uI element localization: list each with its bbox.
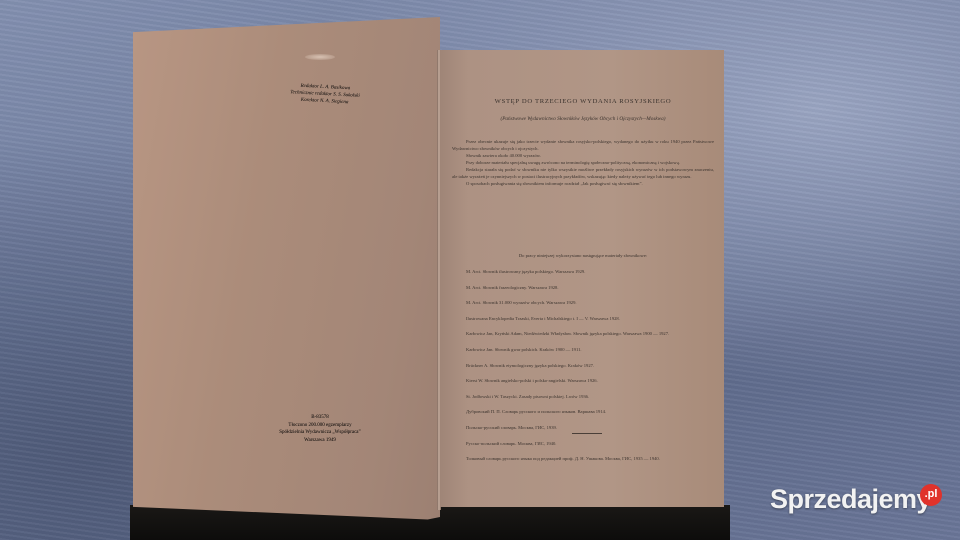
source-item: M. Arct. Słownik 31.000 wyrazów obcych. … — [452, 299, 714, 306]
intro-paragraph: Przez obecnie ukazuje się jako trzecie w… — [452, 138, 714, 152]
printing-imprint: B-83578 Tłoczono 200.000 egzemplarzy Spó… — [250, 414, 390, 444]
source-item: Karłowicz Jan. Słownik gwar polskich. Kr… — [452, 346, 714, 353]
closing-rule — [572, 433, 602, 434]
source-item: Польско-русский словарь. Москва, ГИС, 19… — [452, 424, 714, 431]
intro-paragraph: Redakcja starała się podać w słowniku ni… — [452, 166, 714, 180]
source-item: Толковый словарь русского языка под реда… — [452, 455, 714, 462]
watermark-logo: Sprzedajemy — [770, 484, 931, 515]
right-page: WSTĘP DO TRZECIEGO WYDANIA ROSYJSKIEGO (… — [440, 50, 724, 507]
source-item: Karłowicz Jan, Kryński Adam, Niedźwiedzk… — [452, 330, 714, 337]
imprint-line: Spółdzielnia Wydawnicza „Współpraca” — [250, 429, 390, 437]
source-item: M. Arct. Słownik frazeologiczny. Warszaw… — [452, 284, 714, 291]
source-item: Brückner A. Słownik etymologiczny języka… — [452, 362, 714, 369]
source-item: Ilustrowana Encyklopedia Trzaski, Everta… — [452, 315, 714, 322]
source-item: Kierst W. Słownik angielsko-polski i pol… — [452, 377, 714, 384]
imprint-line: Tłoczono 200.000 egzemplarzy — [250, 422, 390, 430]
source-item: St. Jodłowski i W. Taszycki. Zasady piso… — [452, 393, 714, 400]
preface-intro: Przez obecnie ukazuje się jako trzecie w… — [452, 138, 714, 187]
source-item: M. Arct. Słownik ilustrowany języka pols… — [452, 268, 714, 275]
sources-heading: Do pracy niniejszej wykorzystano następu… — [452, 252, 714, 259]
preface-title: WSTĘP DO TRZECIEGO WYDANIA ROSYJSKIEGO — [452, 98, 714, 105]
intro-paragraph: Przy doborze materiału specjalną uwagę z… — [452, 159, 714, 166]
preface-subtitle: (Państwowe Wydawnictwo Słowników Języków… — [452, 116, 714, 123]
page-crease — [305, 54, 335, 60]
imprint-line: Warszawa 1949 — [250, 437, 390, 445]
source-item: Дубровский П. П. Словарь русского и поль… — [452, 408, 714, 415]
imprint-line: B-83578 — [250, 414, 390, 422]
intro-paragraph: Słownik zawiera około 40.000 wyrazów. — [452, 152, 714, 159]
intro-paragraph: O sposobach posługiwania się słownikiem … — [452, 180, 714, 187]
sources-list: M. Arct. Słownik ilustrowany języka pols… — [452, 268, 714, 471]
watermark-badge: .pl — [920, 484, 942, 506]
source-item: Русско-польский словарь. Москва, ГИС, 19… — [452, 440, 714, 447]
